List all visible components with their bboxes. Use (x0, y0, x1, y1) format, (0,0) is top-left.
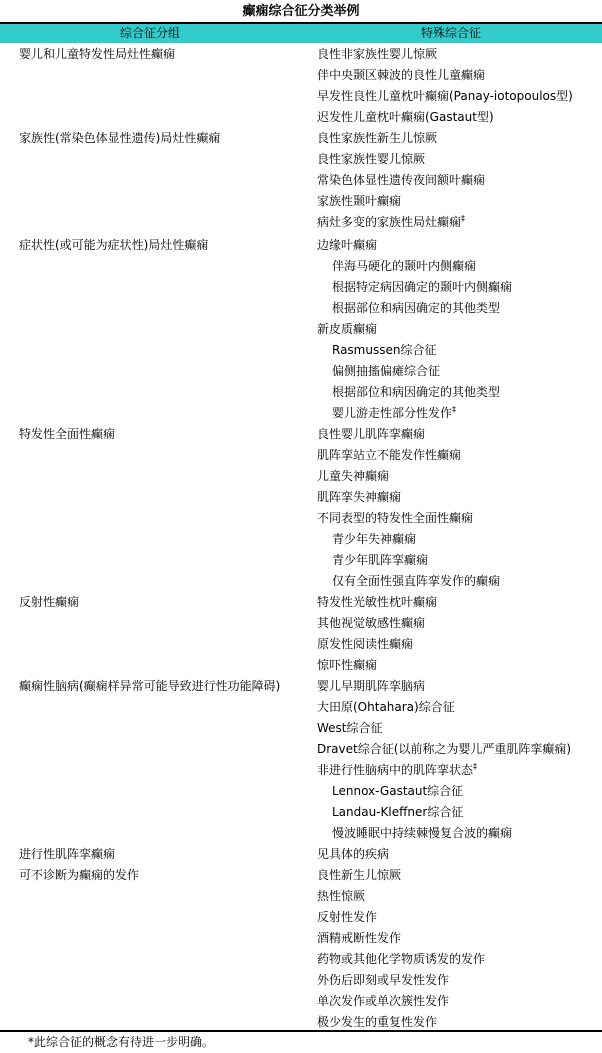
table-row: 新皮质癫痫 (0, 319, 602, 340)
table-row: 单次发作或单次簇性发作 (0, 991, 602, 1012)
specific-syndrome-cell: 热性惊厥 (317, 886, 365, 907)
syndrome-text: Dravet综合征(以前称之为婴儿严重肌阵挛癫痫) (317, 742, 571, 756)
specific-syndrome-cell: 良性新生儿惊厥 (317, 865, 401, 886)
specific-syndrome-cell: 良性婴儿肌阵挛癫痫 (317, 424, 425, 445)
specific-syndrome-cell: Lennox-Gastaut综合征 (332, 781, 463, 802)
syndrome-text: 良性婴儿肌阵挛癫痫 (317, 427, 425, 441)
table-row: 偏侧抽搐偏瘫综合征 (0, 361, 602, 382)
specific-syndrome-cell: 伴中央颞区棘波的良性儿童癫痫 (317, 65, 485, 86)
table-row: 家族性(常染色体显性遗传)局灶性癫痫良性家族性新生儿惊厥 (0, 128, 602, 149)
specific-syndrome-cell: 根据部位和病因确定的其他类型 (332, 298, 500, 319)
specific-syndrome-cell: 根据特定病因确定的颞叶内侧癫痫 (332, 277, 512, 298)
syndrome-text: 边缘叶癫痫 (317, 238, 377, 252)
table-row: Lennox-Gastaut综合征 (0, 781, 602, 802)
syndrome-text: 大田原(Ohtahara)综合征 (317, 700, 455, 714)
specific-syndrome-cell: 反射性发作 (317, 907, 377, 928)
table-row: 根据部位和病因确定的其他类型 (0, 382, 602, 403)
syndrome-text: 儿童失神癫痫 (317, 469, 389, 483)
syndrome-text: 酒精戒断性发作 (317, 931, 401, 945)
table-row: 进行性肌阵挛癫痫见具体的疾病 (0, 844, 602, 865)
table-row: 反射性癫痫特发性光敏性枕叶癫痫 (0, 592, 602, 613)
table-row: 大田原(Ohtahara)综合征 (0, 697, 602, 718)
syndrome-group-cell: 可不诊断为癫痫的发作 (19, 865, 139, 886)
table-row: 青少年失神癫痫 (0, 529, 602, 550)
syndrome-text: 偏侧抽搐偏瘫综合征 (332, 364, 440, 378)
syndrome-text: 伴海马硬化的颞叶内侧癫痫 (332, 259, 476, 273)
table-row: 婴儿和儿童特发性局灶性癫痫良性非家族性婴儿惊厥 (0, 44, 602, 65)
syndrome-text: 根据部位和病因确定的其他类型 (332, 385, 500, 399)
syndrome-text: 药物或其他化学物质诱发的发作 (317, 952, 485, 966)
specific-syndrome-cell: 良性家族性婴儿惊厥 (317, 149, 425, 170)
syndrome-text: 根据部位和病因确定的其他类型 (332, 301, 500, 315)
specific-syndrome-cell: 良性非家族性婴儿惊厥 (317, 44, 437, 65)
syndrome-text: 极少发生的重复性发作 (317, 1015, 437, 1029)
syndrome-text: 原发性阅读性癫痫 (317, 637, 413, 651)
syndrome-text: 惊吓性癫痫 (317, 658, 377, 672)
syndrome-text: 常染色体显性遗传夜间额叶癫痫 (317, 173, 485, 187)
table-row: 婴儿游走性部分性发作‡ (0, 403, 602, 424)
syndrome-text: 伴中央颞区棘波的良性儿童癫痫 (317, 68, 485, 82)
syndrome-group-cell: 特发性全面性癫痫 (19, 424, 115, 445)
specific-syndrome-cell: 迟发性儿童枕叶癫痫(Gastaut型) (317, 107, 494, 128)
syndrome-text: Lennox-Gastaut综合征 (332, 784, 463, 798)
syndrome-text: 良性家族性婴儿惊厥 (317, 152, 425, 166)
syndrome-text: 良性新生儿惊厥 (317, 868, 401, 882)
specific-syndrome-cell: 大田原(Ohtahara)综合征 (317, 697, 455, 718)
bottom-rule (0, 1030, 602, 1032)
syndrome-text: 热性惊厥 (317, 889, 365, 903)
syndrome-text: 迟发性儿童枕叶癫痫(Gastaut型) (317, 110, 494, 124)
header-syndrome-group: 综合征分组 (0, 24, 300, 43)
table-row: 家族性颞叶癫痫 (0, 191, 602, 212)
specific-syndrome-cell: 不同表型的特发性全面性癫痫 (317, 508, 473, 529)
table-body: 婴儿和儿童特发性局灶性癫痫良性非家族性婴儿惊厥伴中央颞区棘波的良性儿童癫痫早发性… (0, 44, 602, 1033)
table-row: 迟发性儿童枕叶癫痫(Gastaut型) (0, 107, 602, 128)
specific-syndrome-cell: 非进行性脑病中的肌阵挛状态‡ (317, 760, 477, 781)
specific-syndrome-cell: Rasmussen综合征 (332, 340, 436, 361)
specific-syndrome-cell: 良性家族性新生儿惊厥 (317, 128, 437, 149)
specific-syndrome-cell: 婴儿早期肌阵挛脑病 (317, 676, 425, 697)
syndrome-text: 良性家族性新生儿惊厥 (317, 131, 437, 145)
specific-syndrome-cell: 外伤后即刻或早发性发作 (317, 970, 449, 991)
table-row: 不同表型的特发性全面性癫痫 (0, 508, 602, 529)
syndrome-text: 病灶多变的家族性局灶癫痫 (317, 215, 461, 229)
syndrome-text: 外伤后即刻或早发性发作 (317, 973, 449, 987)
syndrome-text: 单次发作或单次簇性发作 (317, 994, 449, 1008)
specific-syndrome-cell: 儿童失神癫痫 (317, 466, 389, 487)
footnote: *此综合征的概念有待进一步明确。 (28, 1033, 214, 1051)
specific-syndrome-cell: 慢波睡眠中持续棘慢复合波的癫痫 (332, 823, 512, 844)
table-row: 伴中央颞区棘波的良性儿童癫痫 (0, 65, 602, 86)
specific-syndrome-cell: 肌阵挛站立不能发作性癫痫 (317, 445, 461, 466)
table-row: 根据部位和病因确定的其他类型 (0, 298, 602, 319)
syndrome-text: 见具体的疾病 (317, 847, 389, 861)
table-row: 病灶多变的家族性局灶癫痫‡ (0, 212, 602, 235)
table-row: 外伤后即刻或早发性发作 (0, 970, 602, 991)
syndrome-group-cell: 癫痫性脑病(癫痫样异常可能导致进行性功能障碍) (19, 676, 280, 697)
syndrome-text: 婴儿早期肌阵挛脑病 (317, 679, 425, 693)
table-row: Rasmussen综合征 (0, 340, 602, 361)
specific-syndrome-cell: 伴海马硬化的颞叶内侧癫痫 (332, 256, 476, 277)
syndrome-group-cell: 家族性(常染色体显性遗传)局灶性癫痫 (19, 128, 220, 149)
syndrome-text: 慢波睡眠中持续棘慢复合波的癫痫 (332, 826, 512, 840)
syndrome-text: 新皮质癫痫 (317, 322, 377, 336)
table-row: 常染色体显性遗传夜间额叶癫痫 (0, 170, 602, 191)
syndrome-text: Rasmussen综合征 (332, 343, 436, 357)
specific-syndrome-cell: 新皮质癫痫 (317, 319, 377, 340)
table-row: 非进行性脑病中的肌阵挛状态‡ (0, 760, 602, 781)
specific-syndrome-cell: 惊吓性癫痫 (317, 655, 377, 676)
syndrome-text: West综合征 (317, 721, 383, 735)
table-header: 综合征分组 特殊综合征 (0, 24, 602, 43)
specific-syndrome-cell: 常染色体显性遗传夜间额叶癫痫 (317, 170, 485, 191)
table-row: 其他视觉敏感性癫痫 (0, 613, 602, 634)
syndrome-text: 反射性发作 (317, 910, 377, 924)
specific-syndrome-cell: 原发性阅读性癫痫 (317, 634, 413, 655)
specific-syndrome-cell: West综合征 (317, 718, 383, 739)
syndrome-text: 肌阵挛站立不能发作性癫痫 (317, 448, 461, 462)
table-row: 良性家族性婴儿惊厥 (0, 149, 602, 170)
table-row: 药物或其他化学物质诱发的发作 (0, 949, 602, 970)
table-row: 症状性(或可能为症状性)局灶性癫痫边缘叶癫痫 (0, 235, 602, 256)
specific-syndrome-cell: 见具体的疾病 (317, 844, 389, 865)
syndrome-text: 非进行性脑病中的肌阵挛状态 (317, 763, 473, 777)
table-row: 惊吓性癫痫 (0, 655, 602, 676)
specific-syndrome-cell: 早发性良性儿童枕叶癫痫(Panay-iotopoulos型) (317, 86, 573, 107)
syndrome-text: 良性非家族性婴儿惊厥 (317, 47, 437, 61)
syndrome-group-cell: 进行性肌阵挛癫痫 (19, 844, 115, 865)
syndrome-group-cell: 反射性癫痫 (19, 592, 79, 613)
syndrome-text: 肌阵挛失神癫痫 (317, 490, 401, 504)
footnote-mark: ‡ (461, 214, 465, 223)
table-row: 肌阵挛站立不能发作性癫痫 (0, 445, 602, 466)
specific-syndrome-cell: Landau-Kleffner综合征 (332, 802, 463, 823)
specific-syndrome-cell: 家族性颞叶癫痫 (317, 191, 401, 212)
table-row: 反射性发作 (0, 907, 602, 928)
syndrome-text: 家族性颞叶癫痫 (317, 194, 401, 208)
syndrome-text: Landau-Kleffner综合征 (332, 805, 463, 819)
syndrome-text: 不同表型的特发性全面性癫痫 (317, 511, 473, 525)
table-row: Landau-Kleffner综合征 (0, 802, 602, 823)
table-row: 肌阵挛失神癫痫 (0, 487, 602, 508)
table-row: 根据特定病因确定的颞叶内侧癫痫 (0, 277, 602, 298)
footnote-mark: ‡ (452, 405, 456, 414)
header-specific-syndrome: 特殊综合征 (300, 24, 602, 43)
specific-syndrome-cell: 边缘叶癫痫 (317, 235, 377, 256)
specific-syndrome-cell: 根据部位和病因确定的其他类型 (332, 382, 500, 403)
specific-syndrome-cell: 单次发作或单次簇性发作 (317, 991, 449, 1012)
syndrome-text: 仅有全面性强直阵挛发作的癫痫 (332, 574, 500, 588)
table-row: 酒精戒断性发作 (0, 928, 602, 949)
table-row: 仅有全面性强直阵挛发作的癫痫 (0, 571, 602, 592)
specific-syndrome-cell: 其他视觉敏感性癫痫 (317, 613, 425, 634)
specific-syndrome-cell: 肌阵挛失神癫痫 (317, 487, 401, 508)
specific-syndrome-cell: 仅有全面性强直阵挛发作的癫痫 (332, 571, 500, 592)
syndrome-text: 婴儿游走性部分性发作 (332, 406, 452, 420)
syndrome-text: 根据特定病因确定的颞叶内侧癫痫 (332, 280, 512, 294)
table-row: 原发性阅读性癫痫 (0, 634, 602, 655)
specific-syndrome-cell: 病灶多变的家族性局灶癫痫‡ (317, 212, 465, 233)
syndrome-text: 早发性良性儿童枕叶癫痫(Panay-iotopoulos型) (317, 89, 573, 103)
table-title: 癫痫综合征分类举例 (0, 3, 602, 21)
specific-syndrome-cell: 特发性光敏性枕叶癫痫 (317, 592, 437, 613)
syndrome-text: 其他视觉敏感性癫痫 (317, 616, 425, 630)
table-row: 伴海马硬化的颞叶内侧癫痫 (0, 256, 602, 277)
table-row: 特发性全面性癫痫良性婴儿肌阵挛癫痫 (0, 424, 602, 445)
specific-syndrome-cell: 青少年肌阵挛癫痫 (332, 550, 428, 571)
syndrome-group-cell: 婴儿和儿童特发性局灶性癫痫 (19, 44, 175, 65)
syndrome-text: 特发性光敏性枕叶癫痫 (317, 595, 437, 609)
specific-syndrome-cell: 婴儿游走性部分性发作‡ (332, 403, 456, 424)
table-row: 儿童失神癫痫 (0, 466, 602, 487)
footnote-mark: ‡ (473, 762, 477, 771)
table-row: 癫痫性脑病(癫痫样异常可能导致进行性功能障碍)婴儿早期肌阵挛脑病 (0, 676, 602, 697)
syndrome-text: 青少年失神癫痫 (332, 532, 416, 546)
table-row: 可不诊断为癫痫的发作良性新生儿惊厥 (0, 865, 602, 886)
specific-syndrome-cell: 青少年失神癫痫 (332, 529, 416, 550)
table-row: West综合征 (0, 718, 602, 739)
table-row: 慢波睡眠中持续棘慢复合波的癫痫 (0, 823, 602, 844)
table-row: 早发性良性儿童枕叶癫痫(Panay-iotopoulos型) (0, 86, 602, 107)
specific-syndrome-cell: 酒精戒断性发作 (317, 928, 401, 949)
specific-syndrome-cell: Dravet综合征(以前称之为婴儿严重肌阵挛癫痫) (317, 739, 571, 760)
table-row: 青少年肌阵挛癫痫 (0, 550, 602, 571)
table-row: 热性惊厥 (0, 886, 602, 907)
specific-syndrome-cell: 药物或其他化学物质诱发的发作 (317, 949, 485, 970)
table-row: Dravet综合征(以前称之为婴儿严重肌阵挛癫痫) (0, 739, 602, 760)
specific-syndrome-cell: 偏侧抽搐偏瘫综合征 (332, 361, 440, 382)
syndrome-text: 青少年肌阵挛癫痫 (332, 553, 428, 567)
syndrome-group-cell: 症状性(或可能为症状性)局灶性癫痫 (19, 235, 208, 256)
